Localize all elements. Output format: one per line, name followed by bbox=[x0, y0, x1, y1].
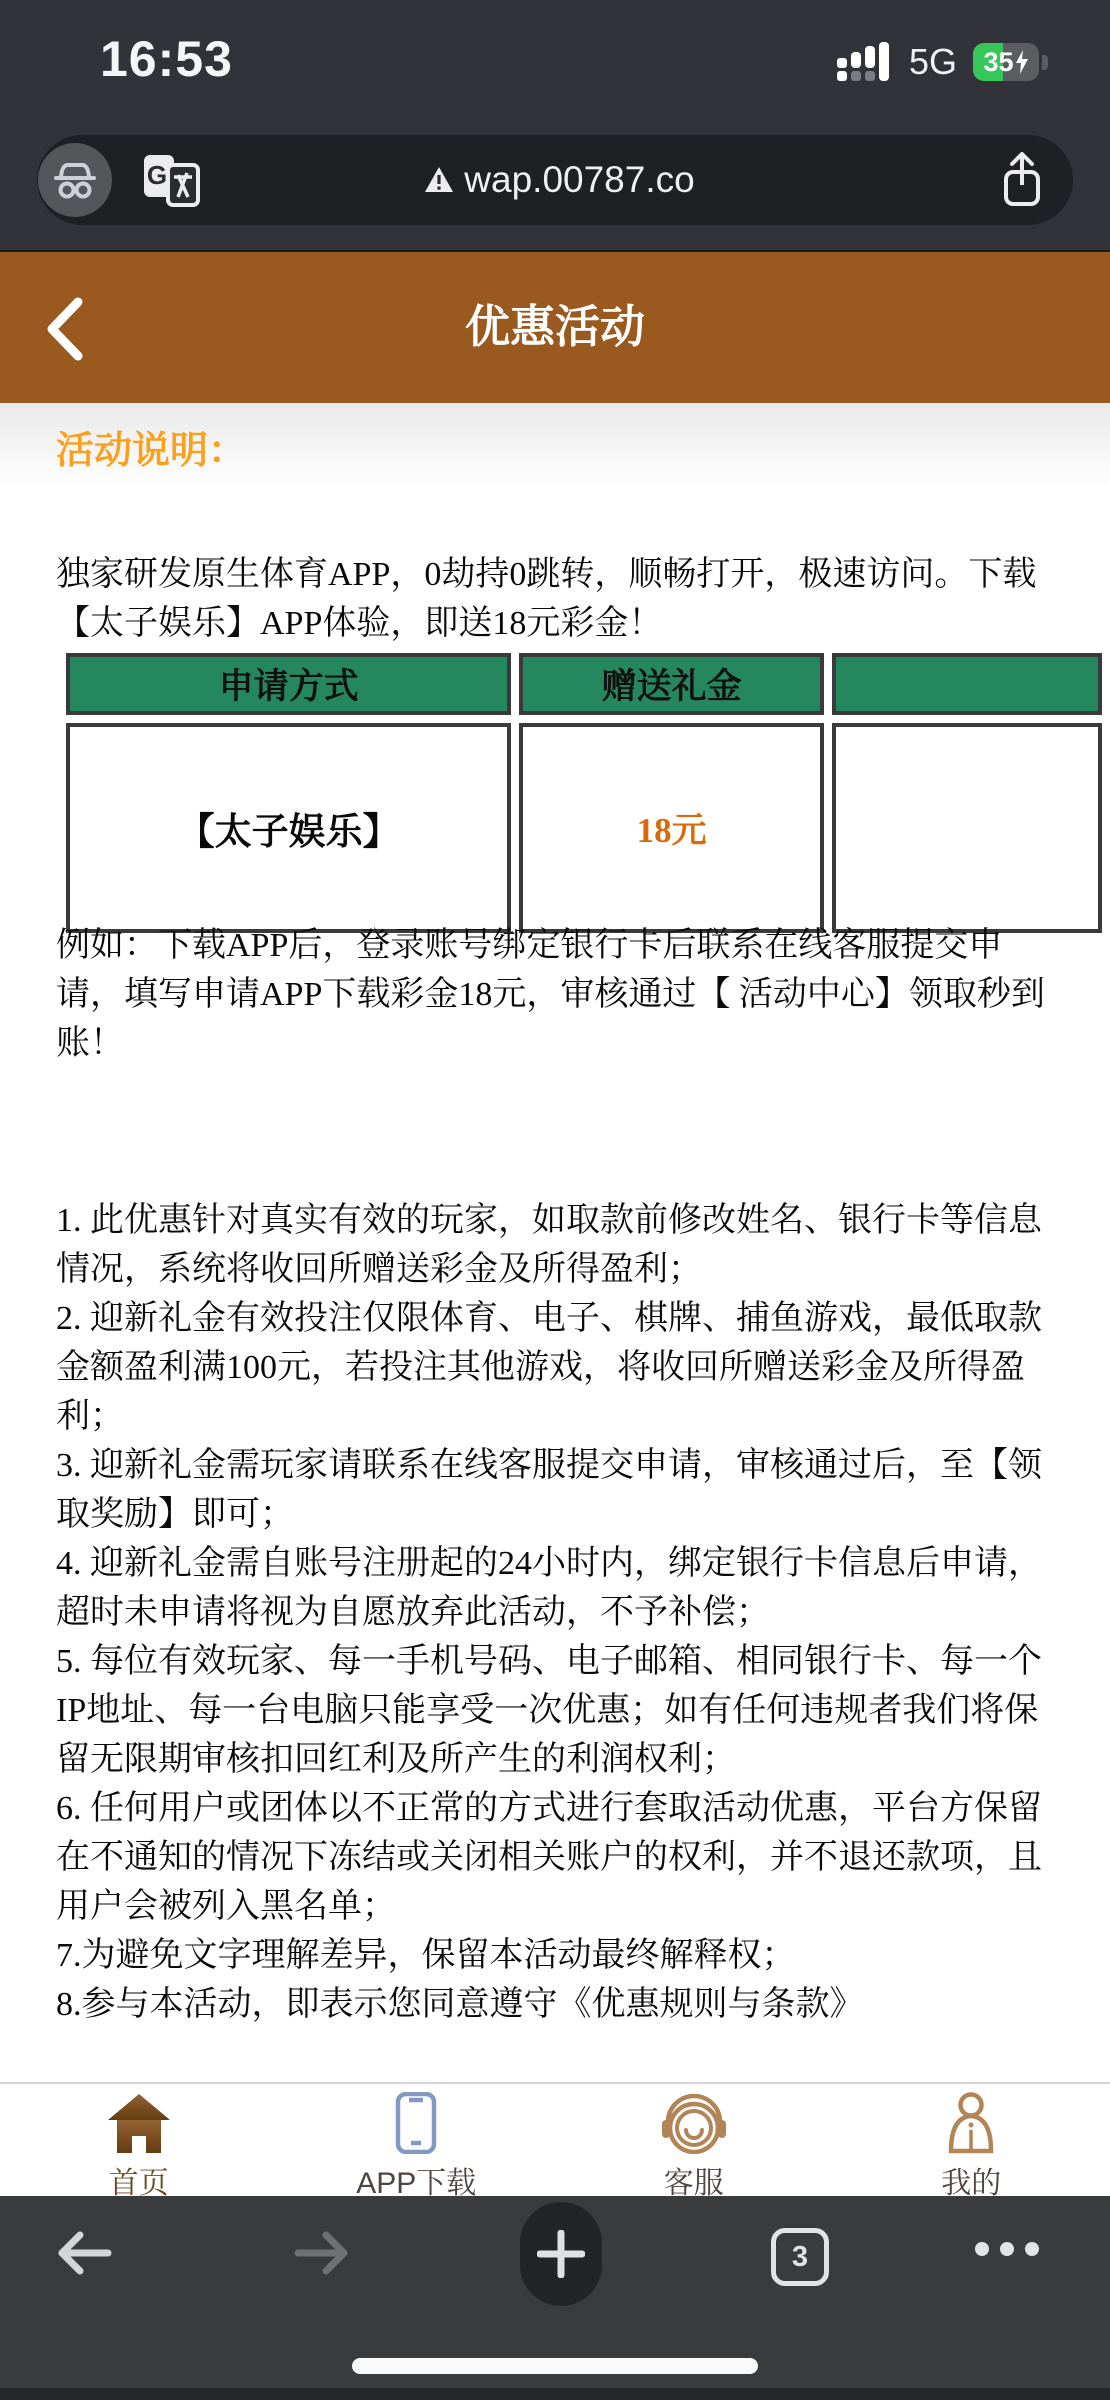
app-download-icon bbox=[278, 2090, 556, 2154]
customer-service-icon bbox=[555, 2090, 833, 2154]
rule-item: 6. 任何用户或团体以不正常的方式进行套取活动优惠，平台方保留在不通知的情况下冻… bbox=[56, 1784, 1054, 1931]
example-paragraph: 例如：下载APP后，登录账号绑定银行卡后联系在线客服提交申请，填写申请APP下载… bbox=[56, 921, 1054, 1068]
status-time: 16:53 bbox=[100, 30, 233, 88]
plus-icon bbox=[537, 2230, 585, 2278]
network-type-label: 5G bbox=[909, 41, 957, 83]
battery-percent: 35 bbox=[983, 47, 1013, 78]
new-tab-button[interactable] bbox=[520, 2202, 602, 2306]
back-chevron-icon[interactable] bbox=[44, 296, 86, 367]
home-indicator[interactable] bbox=[352, 2358, 758, 2374]
tab-item-home[interactable]: 首页 bbox=[0, 2084, 278, 2196]
forward-arrow-icon[interactable] bbox=[290, 2228, 354, 2278]
tab-item-profile[interactable]: 我的 bbox=[833, 2084, 1110, 2196]
rule-item: 4. 迎新礼金需自账号注册起的24小时内，绑定银行卡信息后申请，超时未申请将视为… bbox=[56, 1539, 1054, 1637]
address-bar[interactable]: G wap.00787.co bbox=[37, 135, 1073, 225]
rule-item: 1. 此优惠针对真实有效的玩家，如取款前修改姓名、银行卡等信息情况，系统将收回所… bbox=[56, 1196, 1054, 1294]
rule-item: 7.为避免文字理解差异，保留本活动最终解释权； bbox=[56, 1931, 1054, 1980]
table-row: 【太子娱乐】 18元 bbox=[66, 723, 1102, 933]
battery-icon: 35 bbox=[973, 43, 1039, 81]
rule-item: 3. 迎新礼金需玩家请联系在线客服提交申请，审核通过后，至【领取奖励】即可； bbox=[56, 1441, 1054, 1539]
status-and-address-bar: 16:53 5G 35 bbox=[0, 0, 1110, 250]
tab-item-app-download[interactable]: APP下载 bbox=[278, 2084, 556, 2196]
cellular-signal-icon bbox=[837, 42, 893, 82]
menu-dots-icon[interactable] bbox=[975, 2242, 1039, 2256]
battery-nub bbox=[1042, 55, 1048, 70]
back-arrow-icon[interactable] bbox=[52, 2228, 116, 2278]
home-icon bbox=[0, 2090, 278, 2154]
bonus-cell: 18元 bbox=[637, 811, 707, 850]
url-text: wap.00787.co bbox=[464, 159, 694, 201]
brand-cell: 【太子娱乐】 bbox=[178, 811, 400, 852]
table-header-cutoff bbox=[832, 653, 1102, 715]
share-icon[interactable] bbox=[999, 151, 1045, 209]
rule-item: 8.参与本活动，即表示您同意遵守《优惠规则与条款》 bbox=[56, 1980, 1054, 2029]
page-header: 优惠活动 bbox=[0, 250, 1110, 403]
tab-count: 3 bbox=[792, 2241, 808, 2274]
profile-icon bbox=[833, 2090, 1110, 2154]
page-title: 优惠活动 bbox=[0, 252, 1110, 402]
table-header-bonus: 赠送礼金 bbox=[519, 653, 824, 715]
tab-switcher-button[interactable]: 3 bbox=[771, 2228, 829, 2286]
site-tab-bar: 首页 APP下载 客服 bbox=[0, 2082, 1110, 2196]
section-title: 活动说明： bbox=[56, 419, 246, 474]
rules-list: 1. 此优惠针对真实有效的玩家，如取款前修改姓名、银行卡等信息情况，系统将收回所… bbox=[56, 1196, 1054, 2029]
table-header-row: 申请方式 赠送礼金 bbox=[66, 653, 1102, 715]
browser-toolbar: 3 bbox=[0, 2196, 1110, 2400]
tab-item-customer-service[interactable]: 客服 bbox=[555, 2084, 833, 2196]
url-display[interactable]: wap.00787.co bbox=[80, 159, 1039, 201]
table-header-apply-method: 申请方式 bbox=[66, 653, 511, 715]
not-secure-warning-icon bbox=[424, 166, 454, 194]
status-icons: 5G 35 bbox=[837, 40, 1048, 84]
rule-item: 5. 每位有效玩家、每一手机号码、电子邮箱、相同银行卡、每一个IP地址、每一台电… bbox=[56, 1637, 1054, 1784]
rule-item: 2. 迎新礼金有效投注仅限体育、电子、棋牌、捕鱼游戏，最低取款金额盈利满100元… bbox=[56, 1294, 1054, 1441]
page-content: 活动说明： 独家研发原生体育APP，0劫持0跳转，顺畅打开，极速访问。下载【太子… bbox=[0, 403, 1110, 2082]
bottom-strip bbox=[0, 2388, 1110, 2400]
promo-table: 申请方式 赠送礼金 【太子娱乐】 18元 bbox=[58, 645, 1110, 941]
charging-bolt-icon bbox=[1015, 50, 1029, 74]
intro-paragraph: 独家研发原生体育APP，0劫持0跳转，顺畅打开，极速访问。下载【太子娱乐】APP… bbox=[56, 550, 1054, 648]
